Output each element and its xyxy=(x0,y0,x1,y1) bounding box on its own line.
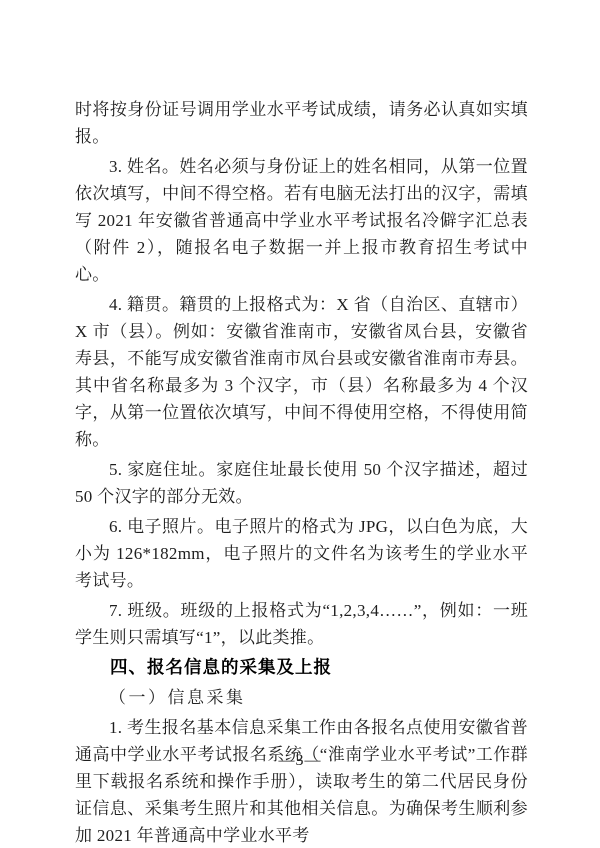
subsection-heading: （一）信息采集 xyxy=(75,684,528,711)
document-body: 时将按身份证号调用学业水平考试成绩，请务必认真如实填报。3. 姓名。姓名必须与身… xyxy=(75,96,528,848)
paragraph: 3. 姓名。姓名必须与身份证上的姓名相同，从第一位置依次填写，中间不得空格。若有… xyxy=(75,153,528,288)
paragraph: 1. 考生报名基本信息采集工作由各报名点使用安徽省普通高中学业水平考试报名系统（… xyxy=(75,714,528,848)
paragraph: 7. 班级。班级的上报格式为“1,2,3,4……”，例如：一班学生则只需填写“1… xyxy=(75,597,528,651)
paragraph: 6. 电子照片。电子照片的格式为 JPG，以白色为底，大小为 126*182mm… xyxy=(75,513,528,594)
paragraph: 5. 家庭住址。家庭住址最长使用 50 个汉字描述，超过 50 个汉字的部分无效… xyxy=(75,456,528,510)
paragraph: 时将按身份证号调用学业水平考试成绩，请务必认真如实填报。 xyxy=(75,96,528,150)
document-page: 时将按身份证号调用学业水平考试成绩，请务必认真如实填报。3. 姓名。姓名必须与身… xyxy=(0,0,600,848)
page-number: —3— xyxy=(0,752,600,770)
section-heading: 四、报名信息的采集及上报 xyxy=(75,654,528,681)
paragraph: 4. 籍贯。籍贯的上报格式为：X 省（自治区、直辖市）X 市（县）。例如：安徽省… xyxy=(75,291,528,453)
